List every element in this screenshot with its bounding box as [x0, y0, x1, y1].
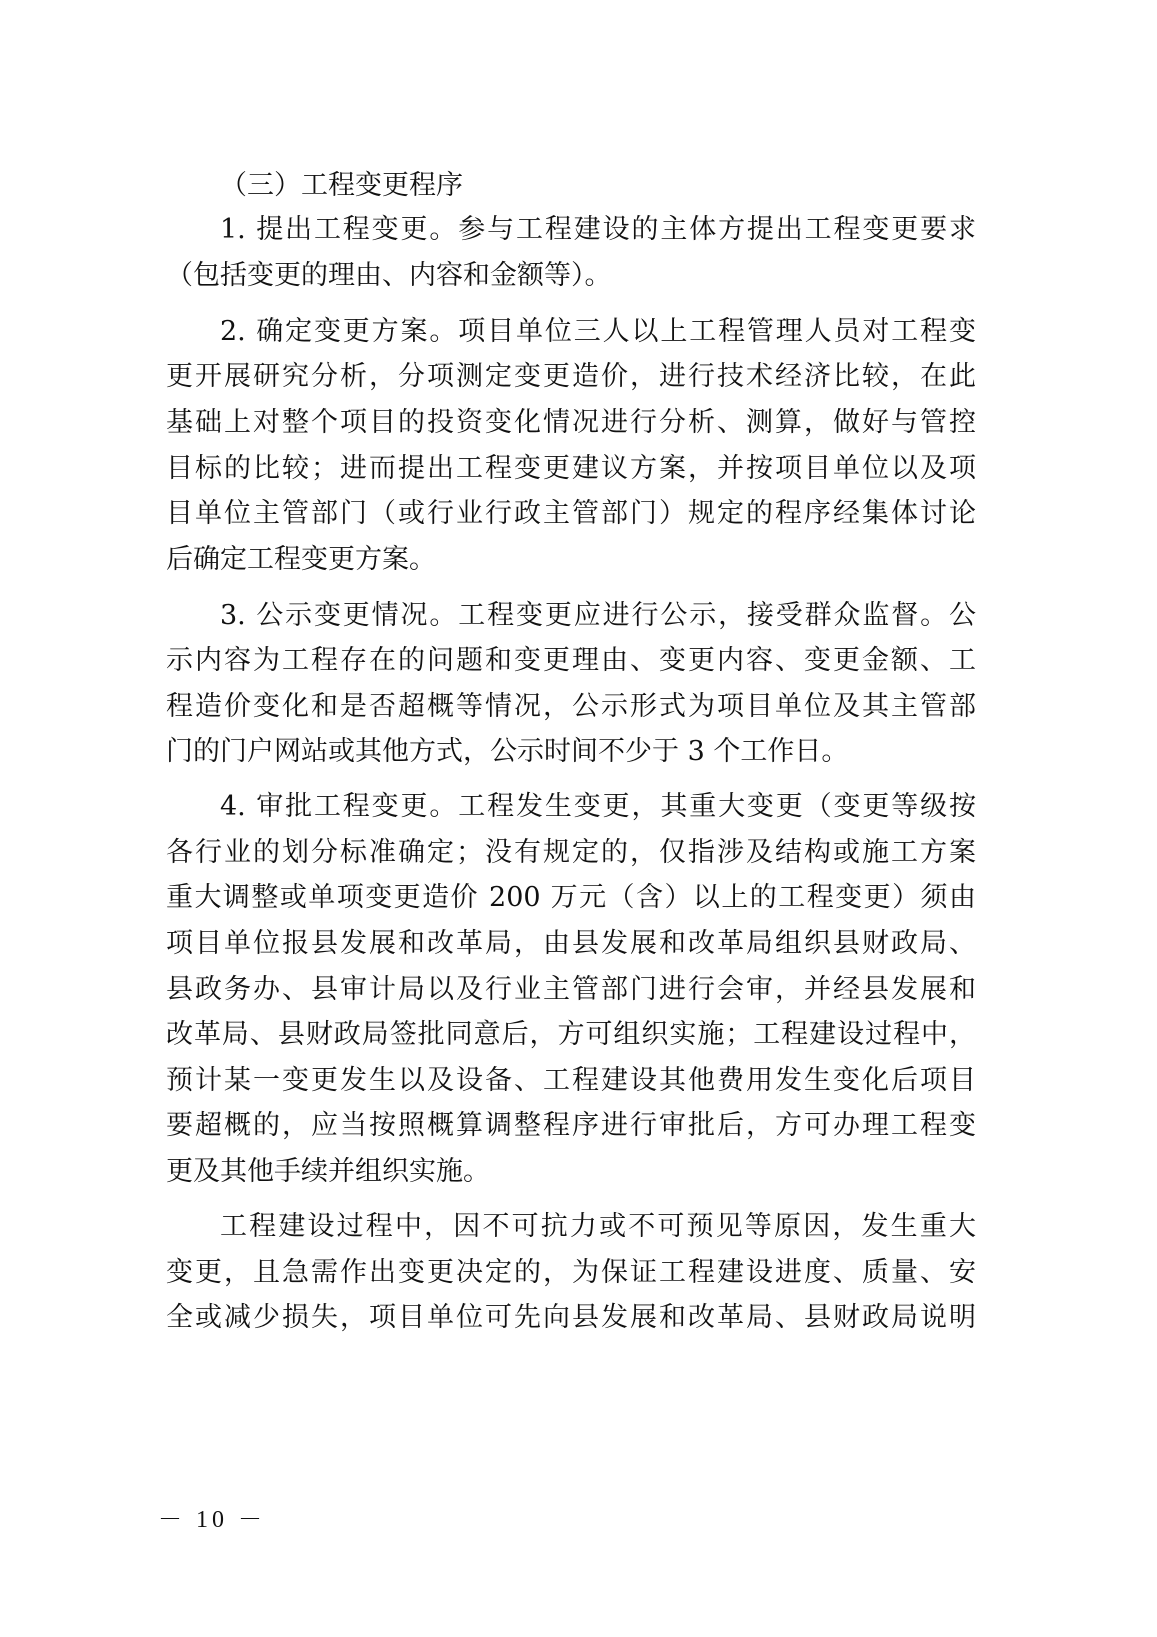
text-line: 2. 确定变更方案。项目单位三人以上工程管理人员对工程变 — [220, 310, 976, 354]
text-line: 3. 公示变更情况。工程变更应进行公示，接受群众监督。公 — [220, 594, 976, 638]
text-line: 4. 审批工程变更。工程发生变更，其重大变更（变更等级按 — [220, 785, 976, 829]
text-line: 示内容为工程存在的问题和变更理由、变更内容、变更金额、工 — [166, 639, 976, 683]
text-line: 门的门户网站或其他方式，公示时间不少于 3 个工作日。 — [166, 730, 976, 774]
text-line: 1. 提出工程变更。参与工程建设的主体方提出工程变更要求 — [220, 208, 976, 252]
text-line: 项目单位报县发展和改革局，由县发展和改革局组织县财政局、 — [166, 922, 976, 966]
text-line: 预计某一变更发生以及设备、工程建设其他费用发生变化后项目 — [166, 1059, 976, 1103]
text-line: 目单位主管部门（或行业行政主管部门）规定的程序经集体讨论 — [166, 492, 976, 536]
text-line: 更及其他手续并组织实施。 — [166, 1150, 976, 1194]
text-line: （包括变更的理由、内容和金额等）。 — [166, 254, 976, 298]
text-line: 重大调整或单项变更造价 200 万元（含）以上的工程变更）须由 — [166, 876, 976, 920]
text-line: 程造价变化和是否超概等情况，公示形式为项目单位及其主管部 — [166, 685, 976, 729]
text-line: 后确定工程变更方案。 — [166, 538, 976, 582]
text-line: 各行业的划分标准确定；没有规定的，仅指涉及结构或施工方案 — [166, 831, 976, 875]
text-line: 县政务办、县审计局以及行业主管部门进行会审，并经县发展和 — [166, 968, 976, 1012]
text-line: 工程建设过程中，因不可抗力或不可预见等原因，发生重大 — [220, 1205, 976, 1249]
page-number: － 10 － — [158, 1500, 266, 1540]
section-heading: （三）工程变更程序 — [220, 164, 463, 208]
document-page: （三）工程变更程序 1. 提出工程变更。参与工程建设的主体方提出工程变更要求（包… — [0, 0, 1157, 1637]
text-line: 改革局、县财政局签批同意后，方可组织实施；工程建设过程中， — [166, 1013, 976, 1057]
text-line: 变更，且急需作出变更决定的，为保证工程建设进度、质量、安 — [166, 1251, 976, 1295]
text-line: 基础上对整个项目的投资变化情况进行分析、测算，做好与管控 — [166, 401, 976, 445]
text-line: 要超概的，应当按照概算调整程序进行审批后，方可办理工程变 — [166, 1104, 976, 1148]
text-line: 全或减少损失，项目单位可先向县发展和改革局、县财政局说明 — [166, 1296, 976, 1340]
text-line: 更开展研究分析，分项测定变更造价，进行技术经济比较，在此 — [166, 355, 976, 399]
text-line: 目标的比较；进而提出工程变更建议方案，并按项目单位以及项 — [166, 447, 976, 491]
